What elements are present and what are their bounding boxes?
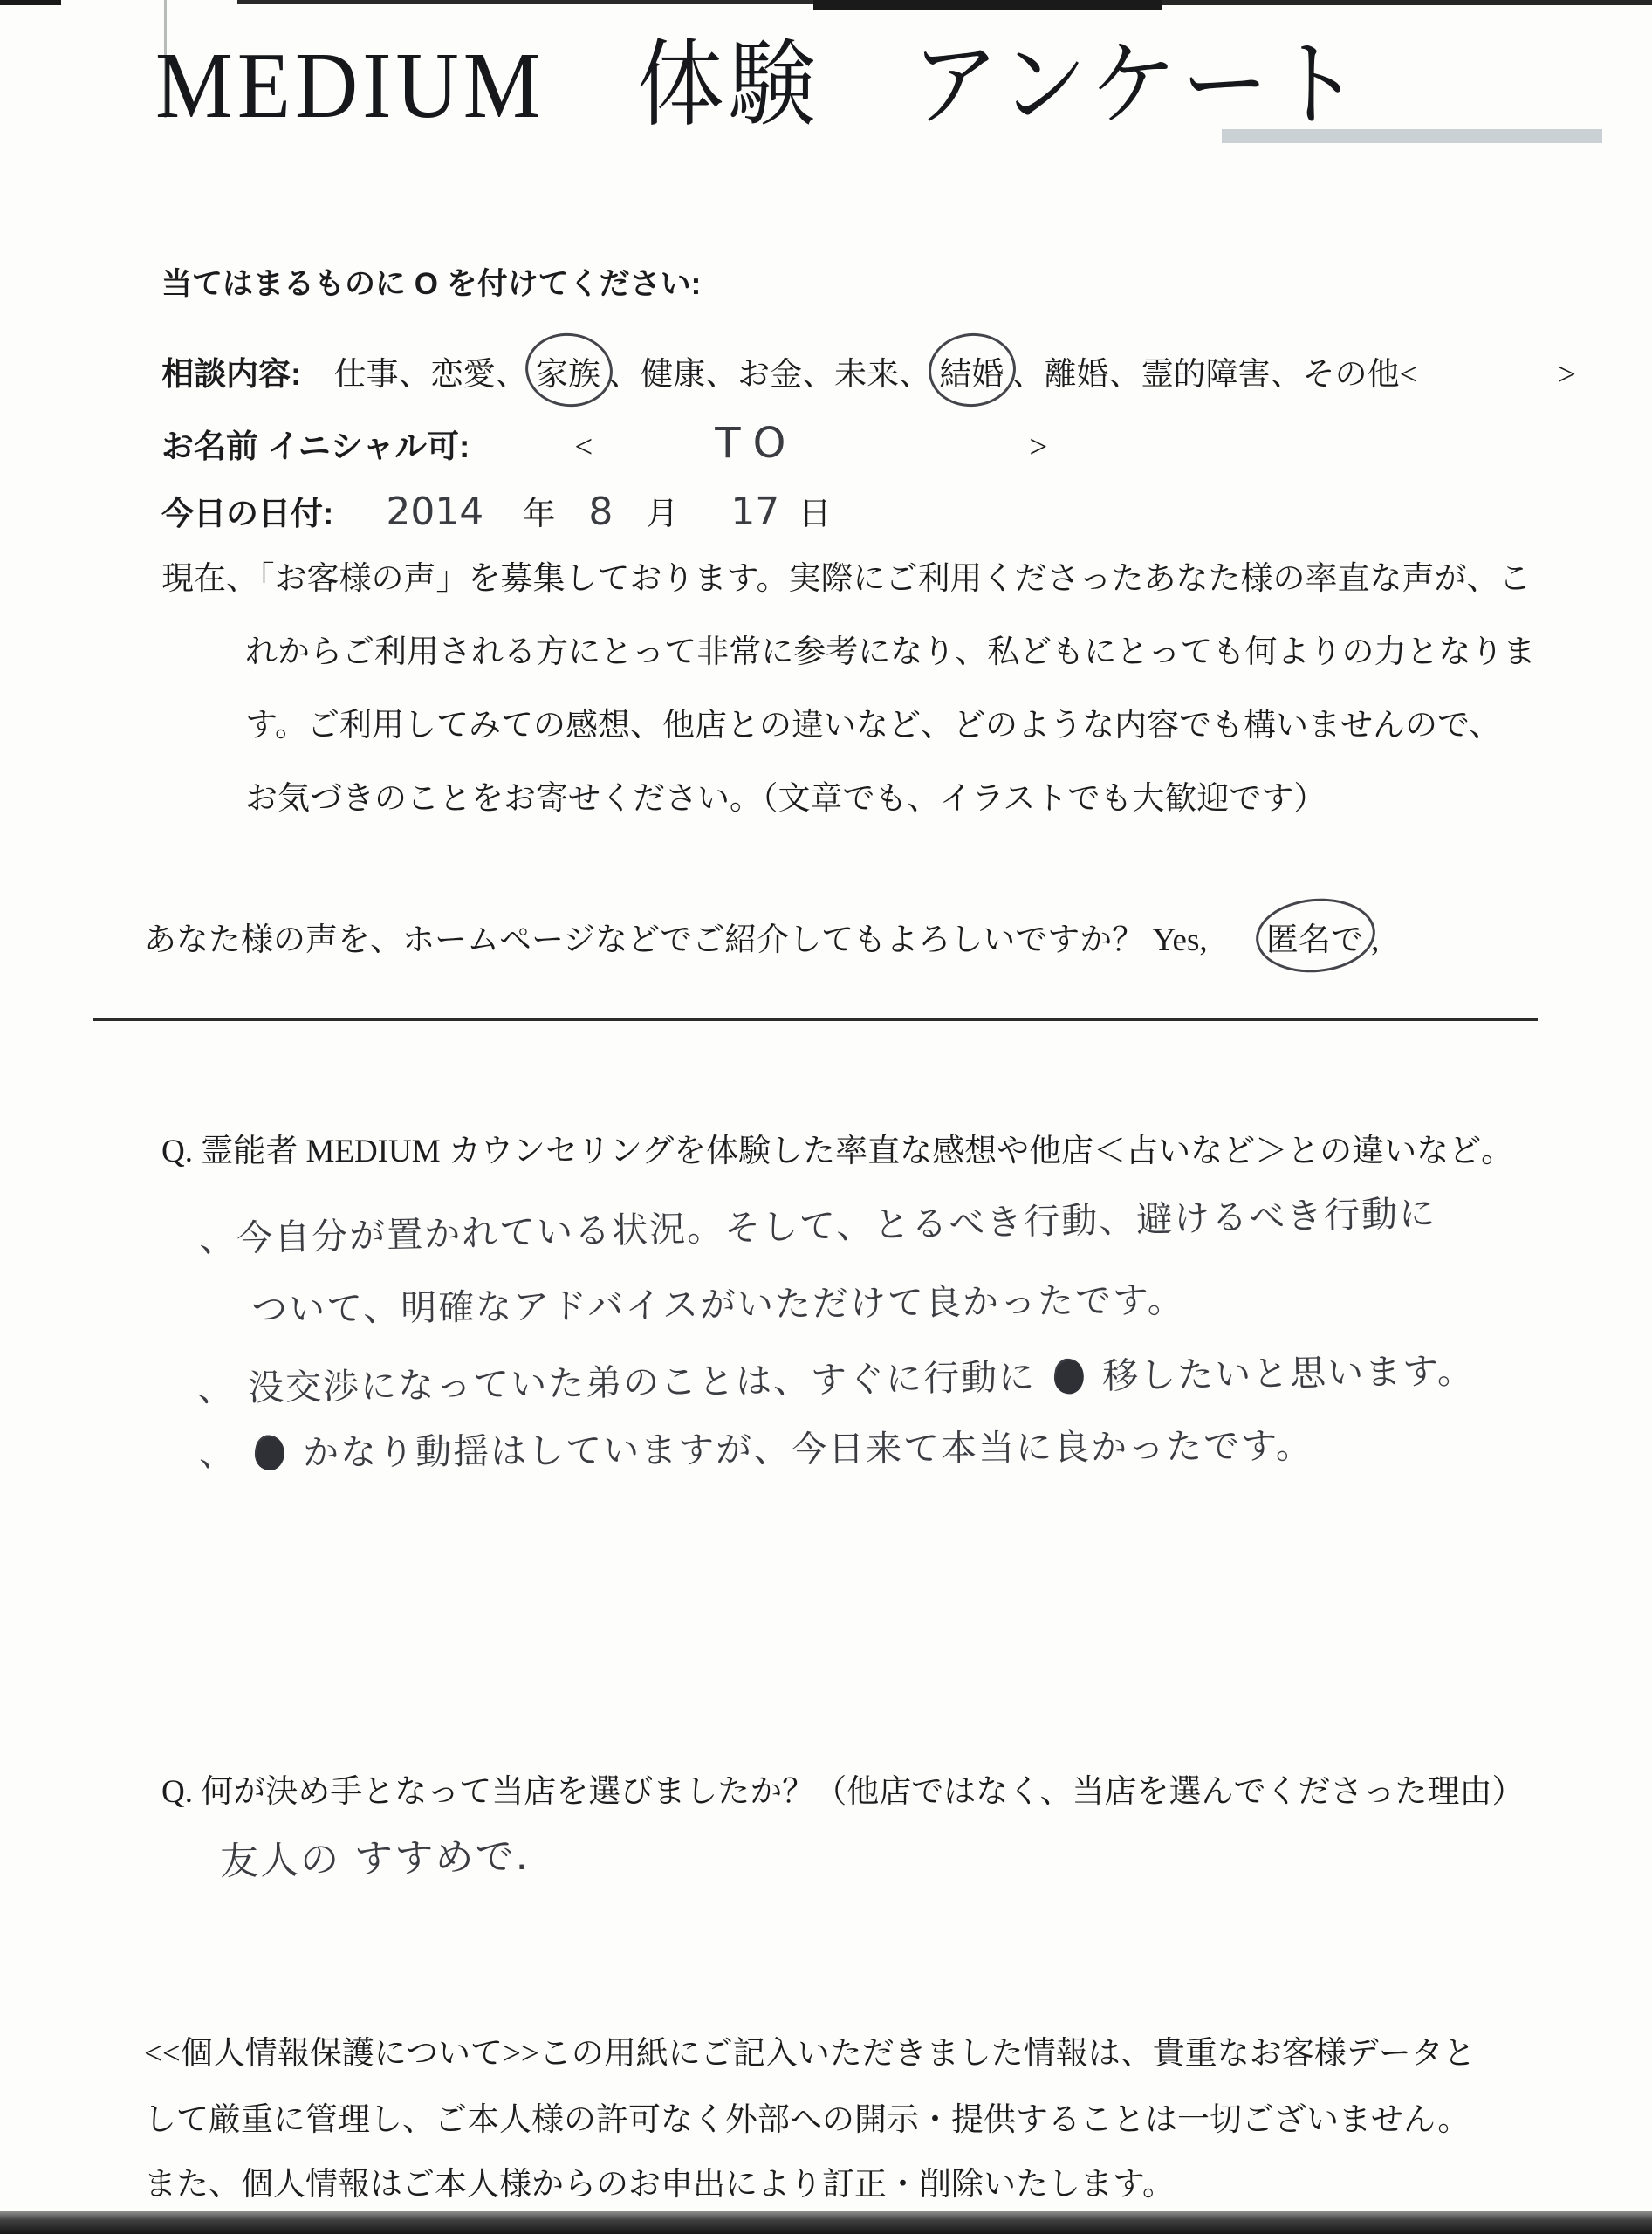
consultation-topics-line: 相談内容: 仕事、恋愛、 家族 、健康、お金、未来、 結婚 、離婚、霊的障害、そ…	[161, 347, 1576, 394]
name-handwritten-value: TO	[715, 419, 798, 468]
circled-topic-family: 家族	[536, 347, 600, 394]
topic-group-2: 、健康、お金、未来、	[608, 357, 931, 393]
answer1-handwritten-line-4: 、 かなり動揺はしていますが、今日来て本当に良かったです。	[199, 1417, 1313, 1477]
question-1-text: Q. 霊能者 MEDIUM カウンセリングを体験した率直な感想や他店＜占いなど＞…	[161, 1124, 1513, 1171]
section-divider	[93, 1018, 1538, 1021]
consultation-topics-label: 相談内容:	[161, 356, 301, 392]
title-underline-bar	[1222, 129, 1602, 143]
date-label: 今日の日付:	[161, 487, 333, 534]
name-open-bracket: <	[574, 428, 593, 466]
privacy-notice-line-3: また、個人情報はご本人様からのお申出により訂正・削除いたします。	[144, 2157, 1175, 2204]
consent-question: あなた様の声を、ホームページなどでご紹介してもよろしいですか？ Yes,	[144, 922, 1208, 958]
scanned-survey-page: MEDIUM 体験 アンケート 当てはまるものに O を付けてください: 相談内…	[0, 0, 1652, 2234]
name-close-bracket: >	[1029, 428, 1047, 466]
name-line: お名前 イニシャル可: < TO >	[161, 419, 1047, 468]
date-day-unit: 日	[799, 487, 831, 534]
date-line: 今日の日付: 2014 年 8 月 17 日	[161, 487, 831, 534]
scan-artifact-top-left	[0, 0, 61, 5]
crossed-out-scribble	[1052, 1357, 1086, 1396]
date-year-handwritten: 2014	[386, 490, 483, 534]
privacy-notice-line-2: して厳重に管理し、ご本人様の許可なく外部への開示・提供することは一切ございません…	[144, 2093, 1470, 2140]
intro-line-4: お気づきのことをお寄せください。（文章でも、イラストでも大歓迎です）	[245, 771, 1326, 819]
answer1-line3-text-b: 移したいと思います。	[1102, 1350, 1475, 1397]
scan-artifact-top-mid	[237, 0, 813, 4]
topic-group-3: 、離婚、霊的障害、その他<	[1012, 357, 1418, 393]
name-label: お名前 イニシャル可:	[161, 420, 470, 467]
answer1-handwritten-line-2: ついて、明確なアドバイスがいただけて良かったです。	[251, 1271, 1185, 1332]
topic-group-1: 仕事、恋愛、	[334, 357, 528, 393]
scan-artifact-bottom-edge	[0, 2211, 1652, 2234]
answer1-line3-bullet: 、	[197, 1367, 236, 1410]
answer1-line4-bullet: 、	[199, 1432, 236, 1474]
circled-anonymous-option: 匿名で	[1266, 913, 1363, 960]
circled-topic-marriage: 結婚	[939, 347, 1004, 394]
intro-line-2: れからご利用される方にとって非常に参考になり、私どもにとっても何よりの力となりま	[245, 625, 1536, 672]
page-title: MEDIUM 体験 アンケート	[155, 9, 1365, 145]
topic-close-bracket: >	[1558, 357, 1576, 393]
scan-artifact-top-right	[1162, 0, 1652, 5]
date-year-unit: 年	[523, 487, 555, 534]
privacy-notice-line-1: <<個人情報保護について>>この用紙にご記入いただきました情報は、貴重なお客様デ…	[144, 2026, 1476, 2073]
intro-line-3: す。ご利用してみての感想、他店との違いなど、どのような内容でも構いませんので、	[245, 698, 1501, 745]
crossed-out-scribble	[252, 1433, 287, 1472]
answer1-handwritten-line-1: 、今自分が置かれている状況。そして、とるべき行動、避けるべき行動に	[199, 1184, 1437, 1262]
date-month-handwritten: 8	[588, 490, 613, 534]
answer2-handwritten: 友人の すすめで.	[219, 1825, 529, 1886]
circle-instruction-text: 当てはまるものに O を付けてください:	[161, 260, 701, 304]
consent-line: あなた様の声を、ホームページなどでご紹介してもよろしいですか？ Yes, 匿名で…	[144, 913, 1379, 960]
intro-line-1: 現在、「お客様の声」を募集しております。実際にご利用くださったあなた様の率直な声…	[161, 552, 1532, 599]
answer1-handwritten-line-3: 、 没交渉になっていた弟のことは、すぐに行動に 移したいと思います。	[197, 1342, 1476, 1411]
answer1-line4-text: かなり動揺はしていますが、今日来て本当に良かったです。	[303, 1425, 1313, 1474]
answer1-line3-text-a: 没交渉になっていた弟のことは、すぐに行動に	[248, 1356, 1037, 1409]
date-day-handwritten: 17	[730, 490, 779, 534]
date-month-unit: 月	[646, 487, 678, 534]
question-2-text: Q. 何が決め手となって当店を選びましたか？（他店ではなく、当店を選んでくださっ…	[161, 1765, 1524, 1812]
